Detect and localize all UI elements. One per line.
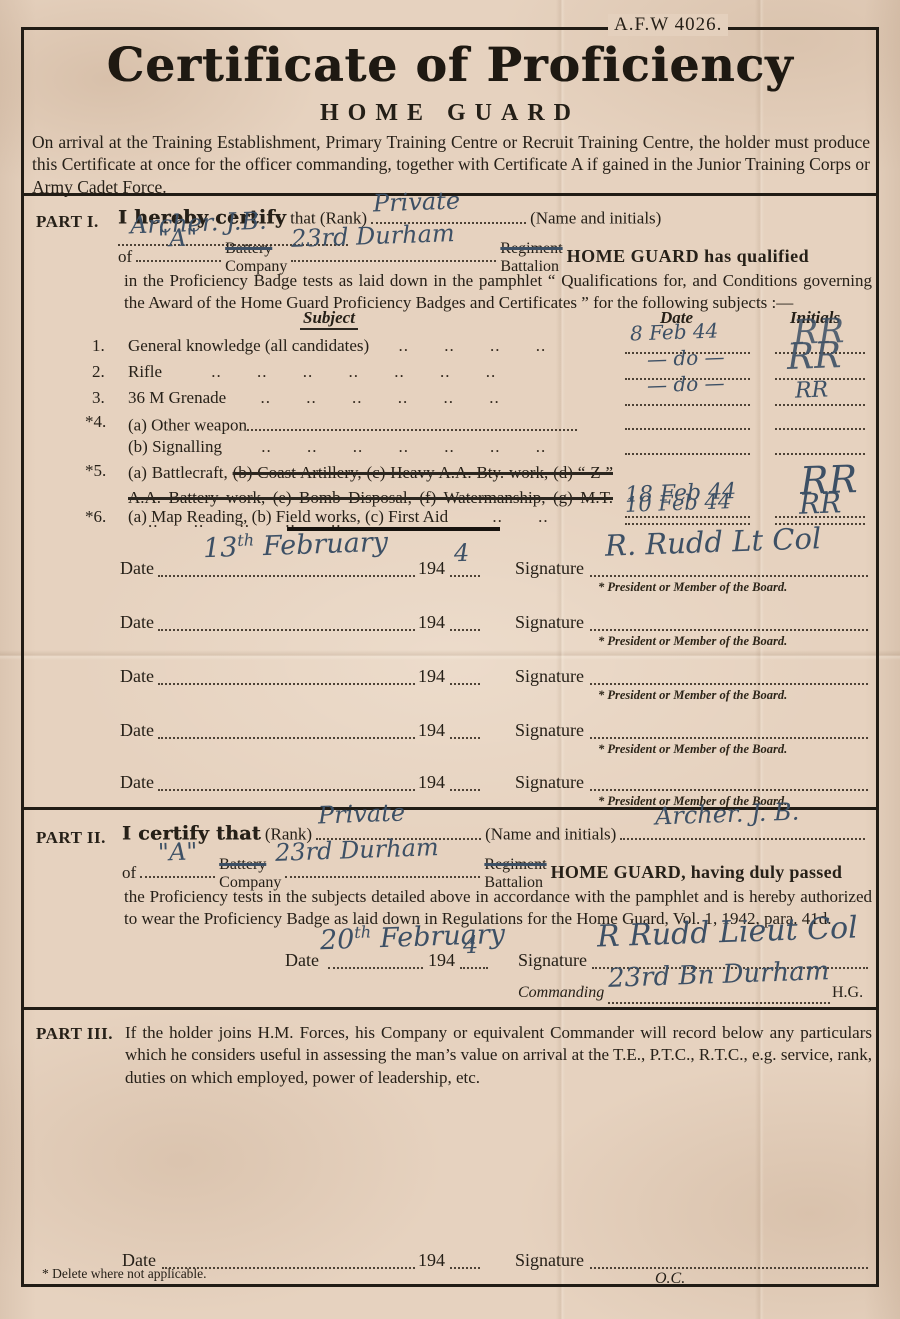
row6-date-line: 10 Feb 44 xyxy=(625,507,750,525)
sig1-year-line: 4 xyxy=(450,559,480,577)
sig1-date-label: Date xyxy=(120,558,154,579)
part2-unit-line: 23rd Durham xyxy=(285,860,480,878)
part1-company-value-line: "A" xyxy=(136,244,221,262)
part3-year-line xyxy=(450,1251,480,1269)
row4b-initials-line xyxy=(775,437,865,455)
part1-battery-label: Battery xyxy=(225,240,272,257)
sig1-year-prefix: 194 xyxy=(418,558,445,579)
sig2-date-label: Date xyxy=(120,612,154,633)
part2-year-handwritten: 4 xyxy=(463,931,479,960)
row3-subject-text: 36 M Grenade xyxy=(128,388,226,407)
sig2-note: * President or Member of the Board. xyxy=(598,634,787,649)
part2-company-value-line: "A" xyxy=(140,860,215,878)
sig3-year-prefix: 194 xyxy=(418,666,445,687)
sig5-sig-label: Signature xyxy=(515,772,584,793)
part2-commanding-handwritten: 23rd Bn Durham xyxy=(608,956,830,994)
certificate-title: Certificate of Proficiency xyxy=(0,38,900,93)
sig1-sig-line: R. Rudd Lt Col xyxy=(590,559,868,577)
row4b-leaders: .. .. .. .. .. .. .. xyxy=(261,437,546,456)
part1-label: PART I. xyxy=(36,212,99,232)
sig3-date-label: Date xyxy=(120,666,154,687)
row3-date-line: — do — xyxy=(625,388,750,406)
sig5-year-prefix: 194 xyxy=(418,772,445,793)
part1-company-handwritten: "A" xyxy=(158,224,198,253)
certificate-subtitle: HOME GUARD xyxy=(0,100,900,127)
sig2-sig-label: Signature xyxy=(515,612,584,633)
certificate-document: A.F.W 4026. Certificate of Proficiency H… xyxy=(0,0,900,1319)
part2-hg-label: H.G. xyxy=(832,984,863,1002)
sig1-year-handwritten: 4 xyxy=(454,539,470,568)
row4b-date-line xyxy=(625,437,750,455)
row4-num: *4. xyxy=(85,412,106,432)
section-rule-3 xyxy=(24,1007,876,1010)
row2-leaders: .. .. .. .. .. .. .. xyxy=(211,362,496,381)
part3-body: If the holder joins H.M. Forces, his Com… xyxy=(125,1022,872,1089)
sig5-date-line xyxy=(158,773,415,791)
row1-date-handwritten: 8 Feb 44 xyxy=(630,318,719,345)
sig3-sig-line xyxy=(590,667,868,685)
part3-label: PART III. xyxy=(36,1024,113,1044)
part2-year-prefix: 194 xyxy=(428,950,455,971)
row1-subject: General knowledge (all candidates) .. ..… xyxy=(128,336,546,356)
row4b-subject-text: (b) Signalling xyxy=(128,437,222,456)
part2-company-handwritten: "A" xyxy=(158,838,198,867)
part3-sig-line xyxy=(590,1251,868,1269)
sig5-sig-line xyxy=(590,773,868,791)
column-subject: Subject xyxy=(300,308,358,330)
row6-subject: (a) Map Reading, (b) Field works, (c) Fi… xyxy=(128,507,549,527)
part2-commanding-line: 23rd Bn Durham xyxy=(608,986,830,1004)
part2-battery-label: Battery xyxy=(219,856,266,873)
row2-subject-text: Rifle xyxy=(128,362,162,381)
row4a-blank-line xyxy=(247,412,577,431)
row4a-subject-text: (a) Other weapon xyxy=(128,416,247,435)
row2-initials-handwritten: RR xyxy=(786,335,842,378)
sig2-year-prefix: 194 xyxy=(418,612,445,633)
part2-sig-label: Signature xyxy=(518,950,587,971)
sig1-date-handwritten: 13th February xyxy=(202,526,388,564)
sig5-date-label: Date xyxy=(120,772,154,793)
row6-leaders: .. .. xyxy=(492,507,548,526)
sig4-sig-label: Signature xyxy=(515,720,584,741)
part2-of-label: of xyxy=(122,863,136,882)
part2-year-line: 4 xyxy=(460,951,488,969)
row2-num: 2. xyxy=(92,362,105,382)
part1-body: in the Proficiency Badge tests as laid d… xyxy=(124,270,872,314)
part1-name-handwritten: Archer. J.B. xyxy=(130,206,268,239)
sig4-date-label: Date xyxy=(120,720,154,741)
row6-subject-text: (a) Map Reading, (b) Field works, (c) Fi… xyxy=(128,507,448,526)
row3-initials-handwritten: RR xyxy=(795,377,829,403)
part1-unit-handwritten: 23rd Durham xyxy=(291,220,456,254)
part1-qualified-text: HOME GUARD has qualified xyxy=(567,246,810,266)
row2-subject: Rifle .. .. .. .. .. .. .. xyxy=(128,362,496,382)
sig4-note: * President or Member of the Board. xyxy=(598,742,787,757)
sig3-year-line xyxy=(450,667,480,685)
sig5-year-line xyxy=(450,773,480,791)
row5-num: *5. xyxy=(85,461,106,481)
row4a-subject: (a) Other weapon xyxy=(128,412,577,436)
row6-initials-handwritten: RR xyxy=(798,486,841,520)
row1-num: 1. xyxy=(92,336,105,356)
part2-passed-text: HOME GUARD, having duly passed xyxy=(551,862,843,882)
part2-name-line: Archer. J. B. xyxy=(620,822,865,840)
part2-commanding-label: Commanding xyxy=(518,984,604,1002)
part1-unit-line: 23rd Durham xyxy=(291,244,496,262)
sig1-date-line: 13th February xyxy=(158,559,415,577)
part2-label: PART II. xyxy=(36,828,106,848)
row2-date-handwritten: — do — xyxy=(647,345,725,372)
sig1-sig-label: Signature xyxy=(515,558,584,579)
row3-date-handwritten: — do — xyxy=(647,371,725,398)
sig3-note: * President or Member of the Board. xyxy=(598,688,787,703)
row3-subject: 36 M Grenade .. .. .. .. .. .. xyxy=(128,388,500,408)
part1-name-label: (Name and initials) xyxy=(530,209,661,228)
row5-subject-plain: (a) Battlecraft, xyxy=(128,463,233,482)
sig4-sig-line xyxy=(590,721,868,739)
row1-leaders: .. .. .. .. xyxy=(398,336,546,355)
part2-name-handwritten: Archer. J. B. xyxy=(655,797,800,830)
row3-leaders: .. .. .. .. .. .. xyxy=(260,388,499,407)
sig3-sig-label: Signature xyxy=(515,666,584,687)
part2-date-label: Date xyxy=(285,950,319,971)
row1-subject-text: General knowledge (all candidates) xyxy=(128,336,369,355)
part1-regiment-label: Regiment xyxy=(500,240,562,257)
delete-note: * Delete where not applicable. xyxy=(42,1266,207,1282)
sig1-note: * President or Member of the Board. xyxy=(598,580,787,595)
part2-line1: I certify that (Rank) Private (Name and … xyxy=(122,822,870,845)
sig4-date-line xyxy=(158,721,415,739)
sig4-year-prefix: 194 xyxy=(418,720,445,741)
part2-regiment-label: Regiment xyxy=(484,856,546,873)
row6-num: *6. xyxy=(85,507,106,527)
sig2-sig-line xyxy=(590,613,868,631)
row3-num: 3. xyxy=(92,388,105,408)
sig4-year-line xyxy=(450,721,480,739)
sig3-date-line xyxy=(158,667,415,685)
part2-date-line: 20th February xyxy=(328,951,423,969)
row3-initials-line: RR xyxy=(775,388,865,406)
part2-name-label: (Name and initials) xyxy=(485,825,616,844)
part3-oc-label: O.C. xyxy=(655,1270,685,1288)
form-reference: A.F.W 4026. xyxy=(608,14,728,36)
row4b-subject: (b) Signalling .. .. .. .. .. .. .. xyxy=(128,437,546,457)
part3-sig-label: Signature xyxy=(515,1250,584,1271)
part1-of-label: of xyxy=(118,247,132,266)
sig2-date-line xyxy=(158,613,415,631)
row4a-initials-line xyxy=(775,412,865,430)
part1-rank-handwritten: Private xyxy=(373,186,461,217)
row6-date-handwritten: 10 Feb 44 xyxy=(625,489,732,517)
part2-rank-handwritten: Private xyxy=(318,798,406,829)
part3-year-prefix: 194 xyxy=(418,1250,445,1271)
sig2-year-line xyxy=(450,613,480,631)
part2-unit-handwritten: 23rd Durham xyxy=(275,834,440,868)
row4a-date-line xyxy=(625,412,750,430)
